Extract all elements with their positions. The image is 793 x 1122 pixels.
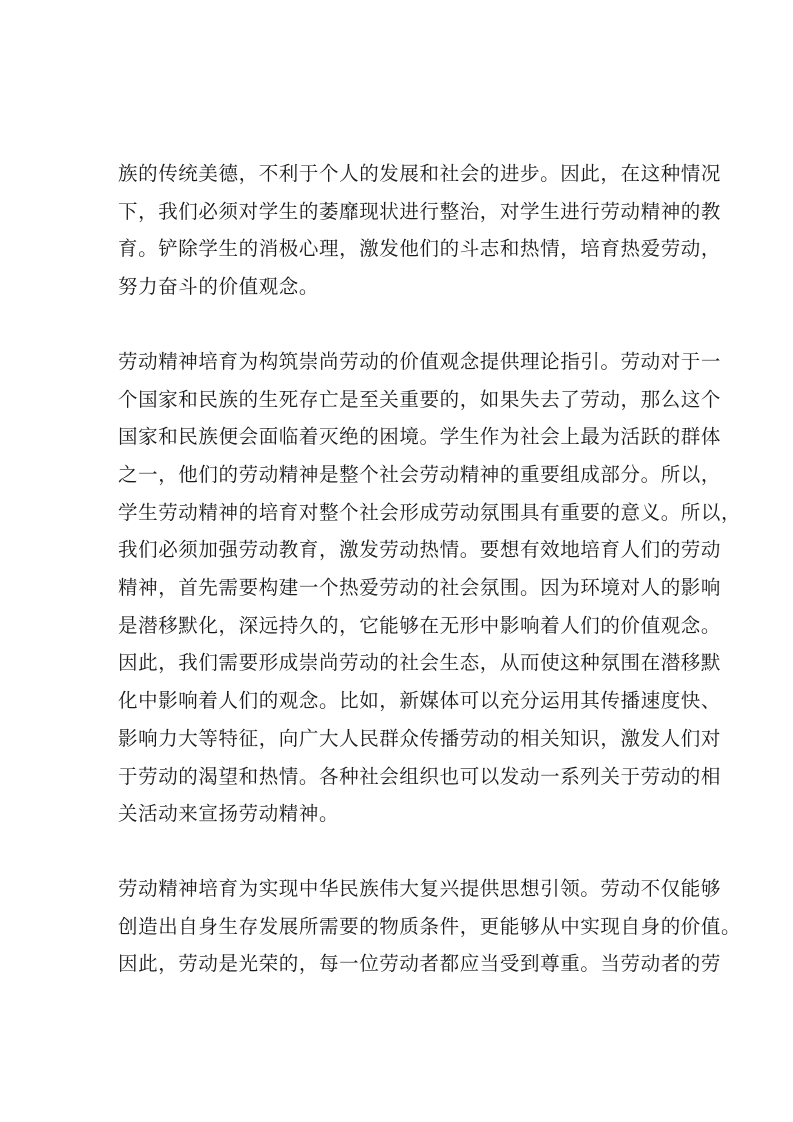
text-line: 是潜移默化，深远持久的，它能够在无形中影响着人们的价值观念。: [118, 607, 680, 645]
text-line: 育。铲除学生的消极心理，激发他们的斗志和热情，培育热爱劳动，: [118, 230, 680, 268]
text-line: 精神，首先需要构建一个热爱劳动的社会氛围。因为环境对人的影响: [118, 569, 680, 607]
paragraph-gap: [118, 306, 680, 343]
text-line: 个国家和民族的生死存亡是至关重要的，如果失去了劳动，那么这个: [118, 381, 680, 419]
text-line: 因此，我们需要形成崇尚劳动的社会生态，从而使这种氛围在潜移默: [118, 644, 680, 682]
text-line: 关活动来宣扬劳动精神。: [118, 795, 680, 833]
text-line: 族的传统美德，不利于个人的发展和社会的进步。因此，在这种情况: [118, 155, 680, 193]
paragraph-2: 劳动精神培育为构筑崇尚劳动的价值观念提供理论指引。劳动对于一 个国家和民族的生死…: [118, 343, 680, 833]
paragraph-3: 劳动精神培育为实现中华民族伟大复兴提供思想引领。劳动不仅能够 创造出自身生存发展…: [118, 870, 680, 983]
text-line: 劳动精神培育为实现中华民族伟大复兴提供思想引领。劳动不仅能够: [118, 870, 680, 908]
paragraph-1: 族的传统美德，不利于个人的发展和社会的进步。因此，在这种情况 下，我们必须对学生…: [118, 155, 680, 306]
text-line: 之一，他们的劳动精神是整个社会劳动精神的重要组成部分。所以，: [118, 456, 680, 494]
text-line: 学生劳动精神的培育对整个社会形成劳动氛围具有重要的意义。所以，: [118, 494, 680, 532]
text-line: 于劳动的渴望和热情。各种社会组织也可以发动一系列关于劳动的相: [118, 758, 680, 796]
text-line: 下，我们必须对学生的萎靡现状进行整治，对学生进行劳动精神的教: [118, 193, 680, 231]
text-line: 化中影响着人们的观念。比如，新媒体可以充分运用其传播速度快、: [118, 682, 680, 720]
text-line: 影响力大等特征，向广大人民群众传播劳动的相关知识，激发人们对: [118, 720, 680, 758]
document-page: 族的传统美德，不利于个人的发展和社会的进步。因此，在这种情况 下，我们必须对学生…: [118, 155, 680, 983]
text-line: 因此，劳动是光荣的，每一位劳动者都应当受到尊重。当劳动者的劳: [118, 945, 680, 983]
text-line: 创造出自身生存发展所需要的物质条件，更能够从中实现自身的价值。: [118, 908, 680, 946]
paragraph-gap: [118, 833, 680, 870]
text-line: 努力奋斗的价值观念。: [118, 268, 680, 306]
text-line: 我们必须加强劳动教育，激发劳动热情。要想有效地培育人们的劳动: [118, 531, 680, 569]
text-line: 劳动精神培育为构筑崇尚劳动的价值观念提供理论指引。劳动对于一: [118, 343, 680, 381]
text-line: 国家和民族便会面临着灭绝的困境。学生作为社会上最为活跃的群体: [118, 418, 680, 456]
